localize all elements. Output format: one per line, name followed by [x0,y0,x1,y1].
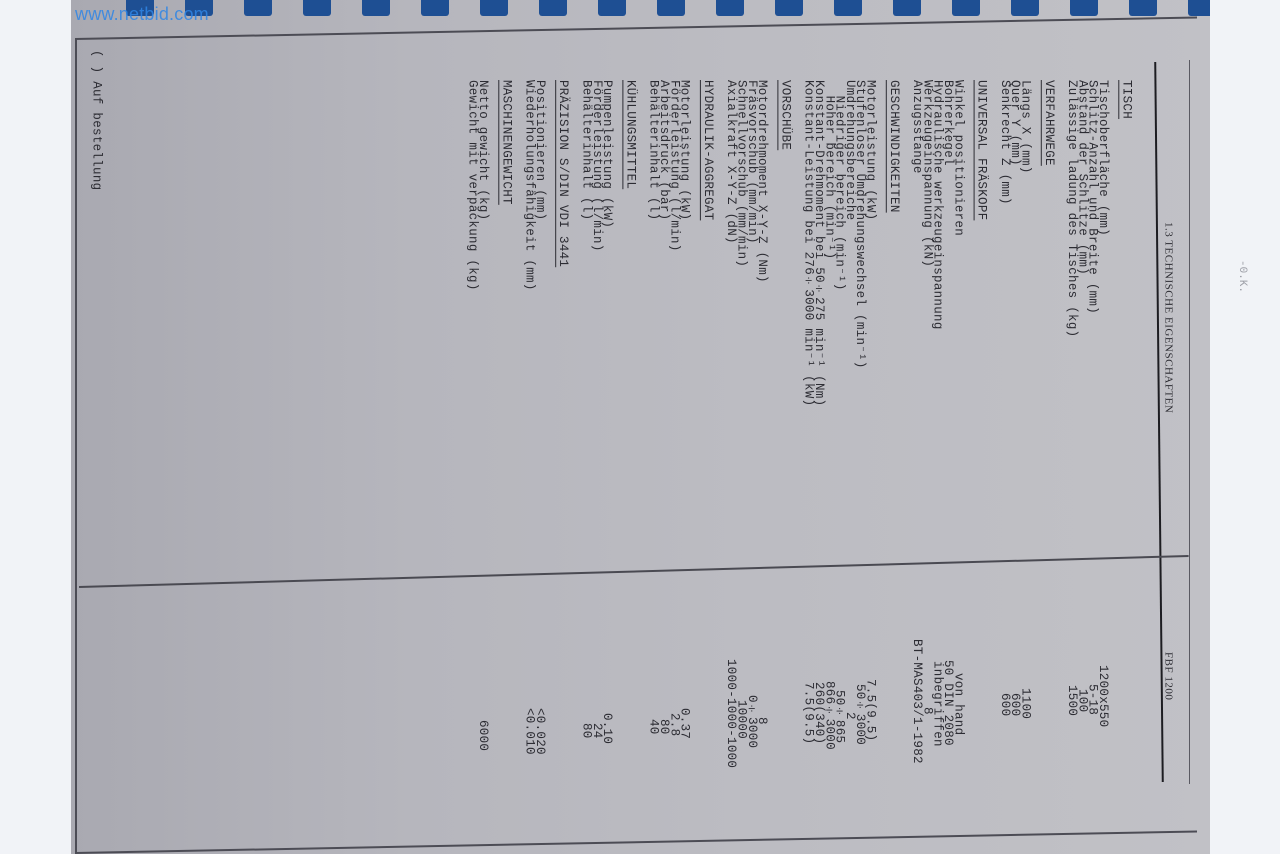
spec-value: inbegriffen [932,661,942,747]
spec-value: 1000-1000-1000 [726,659,736,768]
binding-ring [1011,0,1039,16]
binding-ring [362,0,390,16]
section-heading: VORSCHÜBE [780,80,790,150]
section-heading: KÜHLUNGSMITTEL [625,80,635,189]
section-heading: PRÄZISION S/DIN VDI 3441 [558,80,568,267]
section-heading: UNIVERSAL FRÄSKOPF [976,80,986,220]
model-name: FBF 1200 [1163,652,1173,700]
spec-label: Axialkraft X-Y-Z (dN) [726,80,736,244]
spec-value: 40 [648,719,658,735]
binding-ring [421,0,449,16]
spec-label: Wiederholungsfähigkeit (mm) [524,80,534,291]
footnote: ( ) Auf bestellung [91,50,101,190]
spec-value: 6000 [478,720,488,751]
binding-ring [657,0,685,16]
binding-ring [480,0,508,16]
spec-value: 600 [1000,693,1010,716]
spec-label: Senkrecht Z (mm) [1000,80,1010,205]
margin-note: -0.K. [1236,260,1248,293]
binding-ring [775,0,803,16]
spiral-binding [71,0,1210,16]
section-heading: MASCHINENGEWICHT [501,80,511,205]
spec-label: Konstant-Leistung bei 276÷3000 min⁻¹ (kW… [803,80,813,406]
section-heading: GESCHWINDIGKEITEN [889,80,899,213]
watermark: www.netbid.com [75,4,209,25]
binding-ring [1129,0,1157,16]
spec-label: Gewicht mit verpackung (kg) [467,80,477,291]
frame-line [1189,60,1190,784]
binding-ring [244,0,272,16]
spec-value: 1500 [1067,685,1077,716]
binding-ring [1070,0,1098,16]
section-heading: HYDRAULIK-AGGREGAT [703,80,713,220]
document-photo: www.netbid.com 1.3 TECHNISCHE EIGENSCHAF… [71,0,1210,854]
spec-label: Behälterinhalt (l) [581,80,591,220]
section-heading: VERFAHRWEGE [1044,80,1054,166]
spec-value: 80 [581,723,591,739]
spec-label: Zulässige ladung des Tisches (kg) [1067,80,1077,337]
spec-value: 7.5(9.5) [803,682,813,744]
binding-ring [893,0,921,16]
binding-ring [834,0,862,16]
binding-ring [303,0,331,16]
binding-ring [716,0,744,16]
section-title: 1.3 TECHNISCHE EIGENSCHAFTEN [1163,222,1173,413]
binding-ring [598,0,626,16]
spec-value: <0.010 [524,708,534,755]
binding-ring [952,0,980,16]
spec-label: Behälterinhalt (l) [648,80,658,220]
binding-ring [1188,0,1210,16]
section-heading: TISCH [1121,80,1131,119]
binding-ring [539,0,567,16]
spec-label: Anzugsstange [912,80,922,174]
spec-value: BT-MAS403/1-1982 [912,639,922,764]
